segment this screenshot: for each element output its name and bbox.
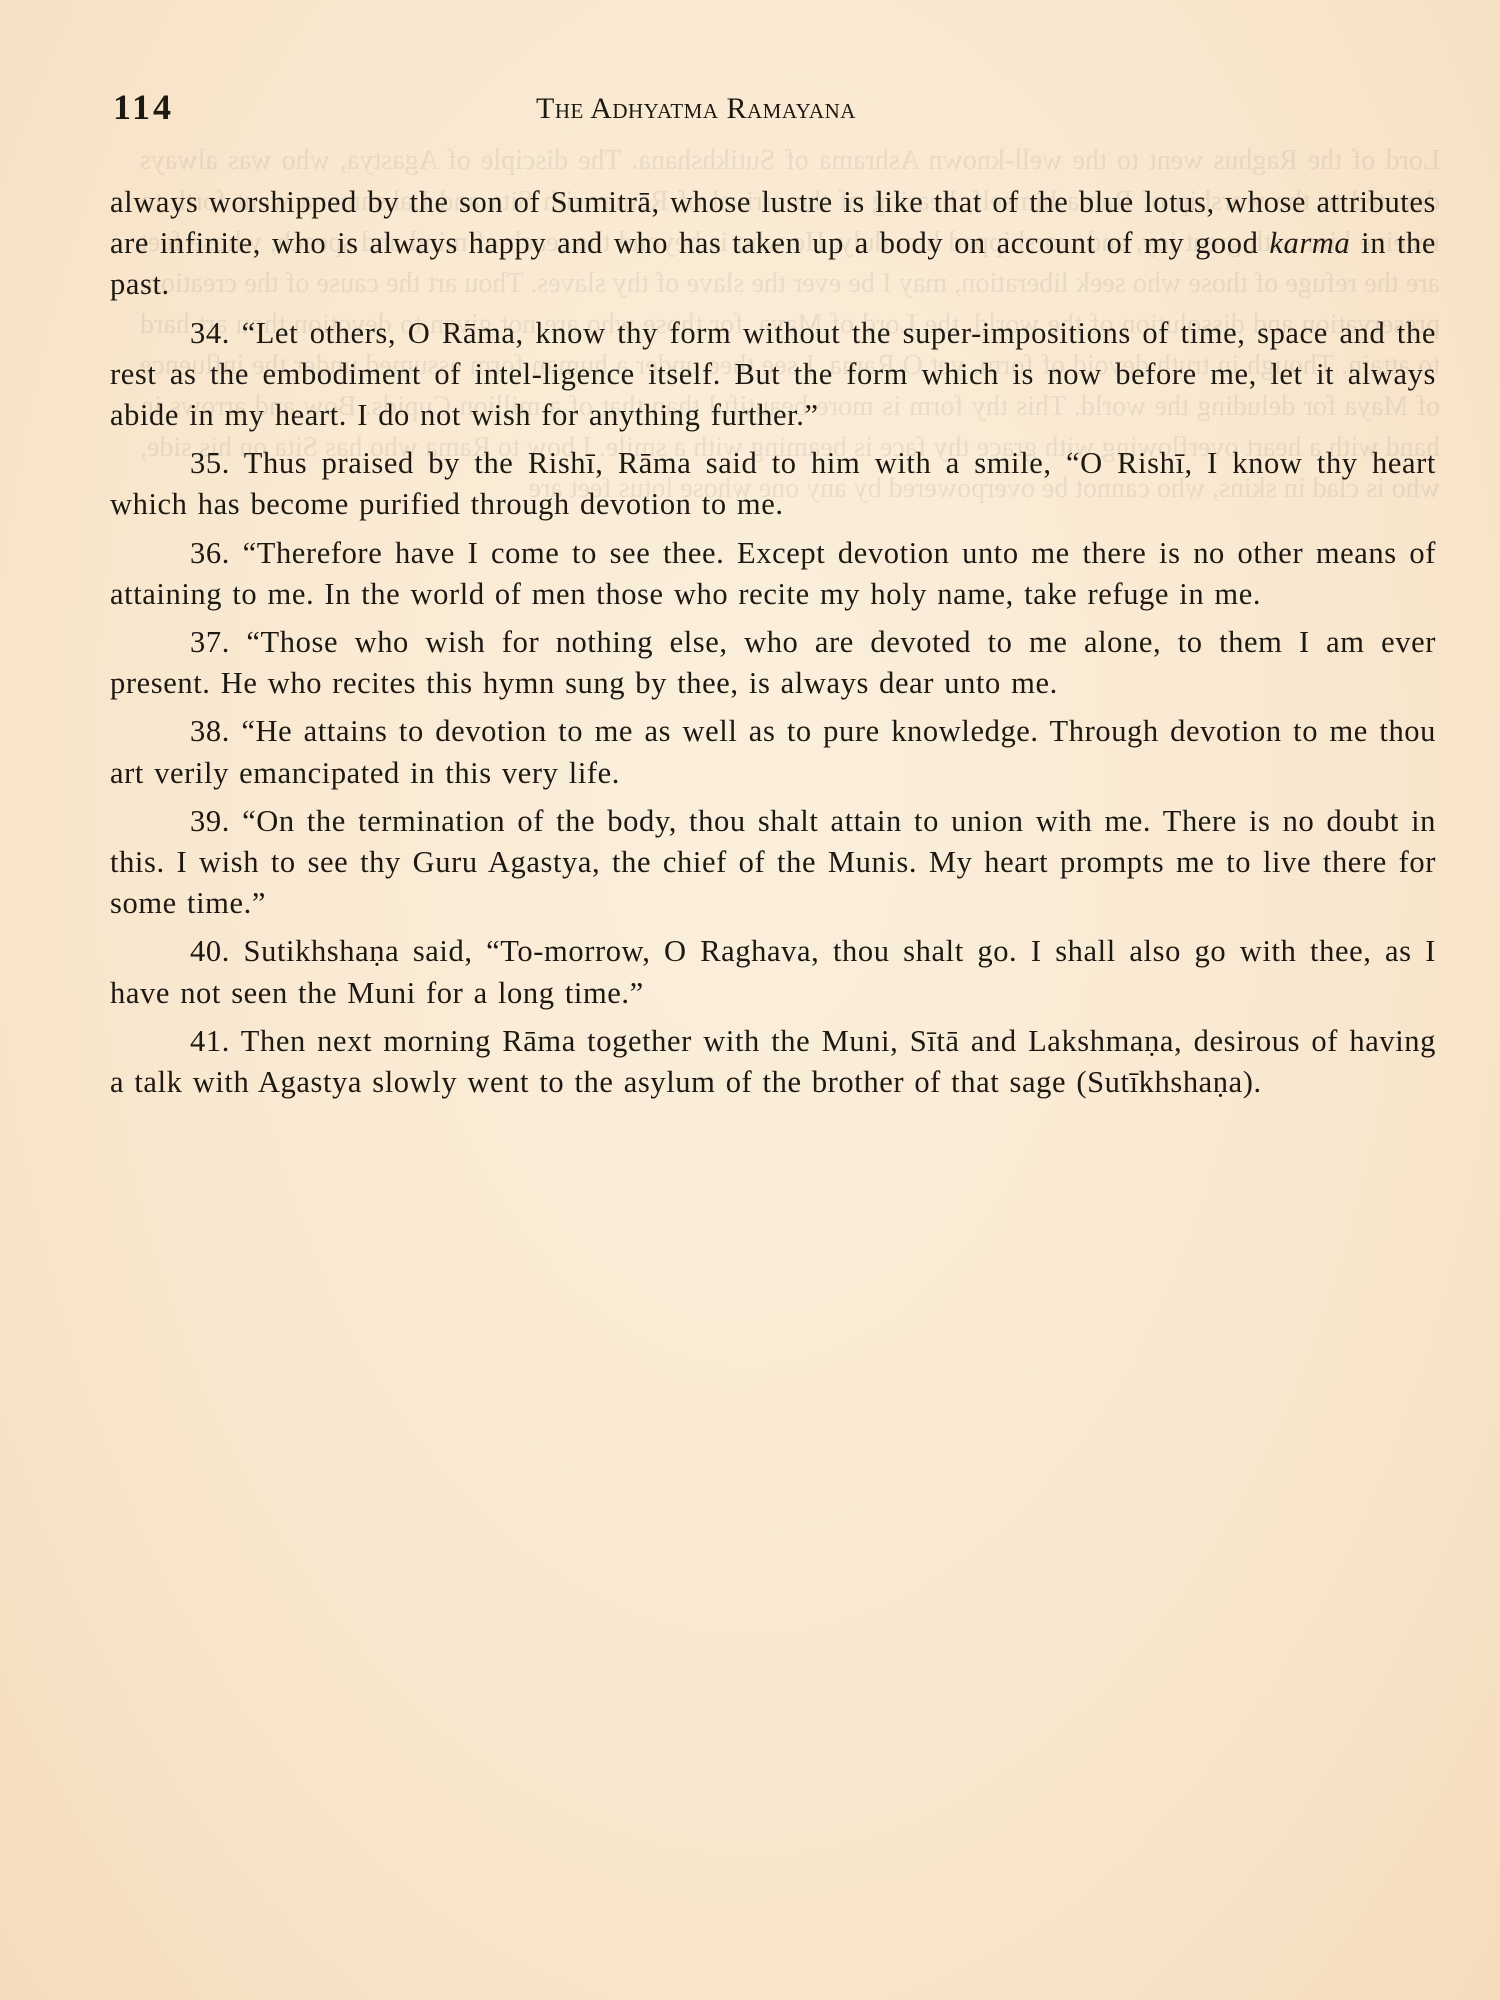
running-title: The Adhyatma Ramayana: [536, 92, 856, 126]
page-number: 114: [113, 86, 174, 128]
paragraph-text: Then next morning Rāma together with the…: [110, 1024, 1436, 1099]
book-page: Lord of the Raghus went to the well-know…: [0, 0, 1500, 2000]
paragraph-text: always worshipped by the son of Sumitrā,…: [110, 185, 1436, 260]
page-body: always worshipped by the son of Sumitrā,…: [110, 182, 1436, 1110]
paragraph-34: 34. “Let others, O Rāma, know thy form w…: [110, 313, 1436, 437]
paragraph-40: 40. Sutikhshaṇa said, “To-morrow, O Ragh…: [110, 931, 1436, 1013]
paragraph-text: “Those who wish for nothing else, who ar…: [110, 625, 1436, 700]
paragraph-39: 39. “On the termination of the body, tho…: [110, 801, 1436, 925]
paragraph-37: 37. “Those who wish for nothing else, wh…: [110, 622, 1436, 704]
verse-number: 40.: [190, 934, 230, 968]
italic-term: karma: [1269, 226, 1350, 260]
verse-number: 37.: [190, 625, 230, 659]
paragraph-text: “He attains to devotion to me as well as…: [110, 714, 1436, 789]
page-header: 114 The Adhyatma Ramayana: [113, 86, 1438, 136]
paragraph-41: 41. Then next morning Rāma together with…: [110, 1021, 1436, 1103]
paragraph-text: Sutikhshaṇa said, “To-morrow, O Raghava,…: [110, 934, 1436, 1009]
paragraph-33-continuation: always worshipped by the son of Sumitrā,…: [110, 182, 1436, 306]
verse-number: 41.: [190, 1024, 230, 1058]
paragraph-text: Thus praised by the Rishī, Rāma said to …: [110, 446, 1436, 521]
verse-number: 36.: [190, 536, 230, 570]
paragraph-36: 36. “Therefore have I come to see thee. …: [110, 533, 1436, 615]
paragraph-text: “Therefore have I come to see thee. Exce…: [110, 536, 1436, 611]
verse-number: 34.: [190, 316, 230, 350]
paragraph-38: 38. “He attains to devotion to me as wel…: [110, 711, 1436, 793]
verse-number: 38.: [190, 714, 230, 748]
paragraph-text: “Let others, O Rāma, know thy form witho…: [110, 316, 1436, 432]
verse-number: 39.: [190, 804, 230, 838]
paragraph-text: “On the termination of the body, thou sh…: [110, 804, 1436, 920]
verse-number: 35.: [190, 446, 230, 480]
paragraph-35: 35. Thus praised by the Rishī, Rāma said…: [110, 443, 1436, 525]
